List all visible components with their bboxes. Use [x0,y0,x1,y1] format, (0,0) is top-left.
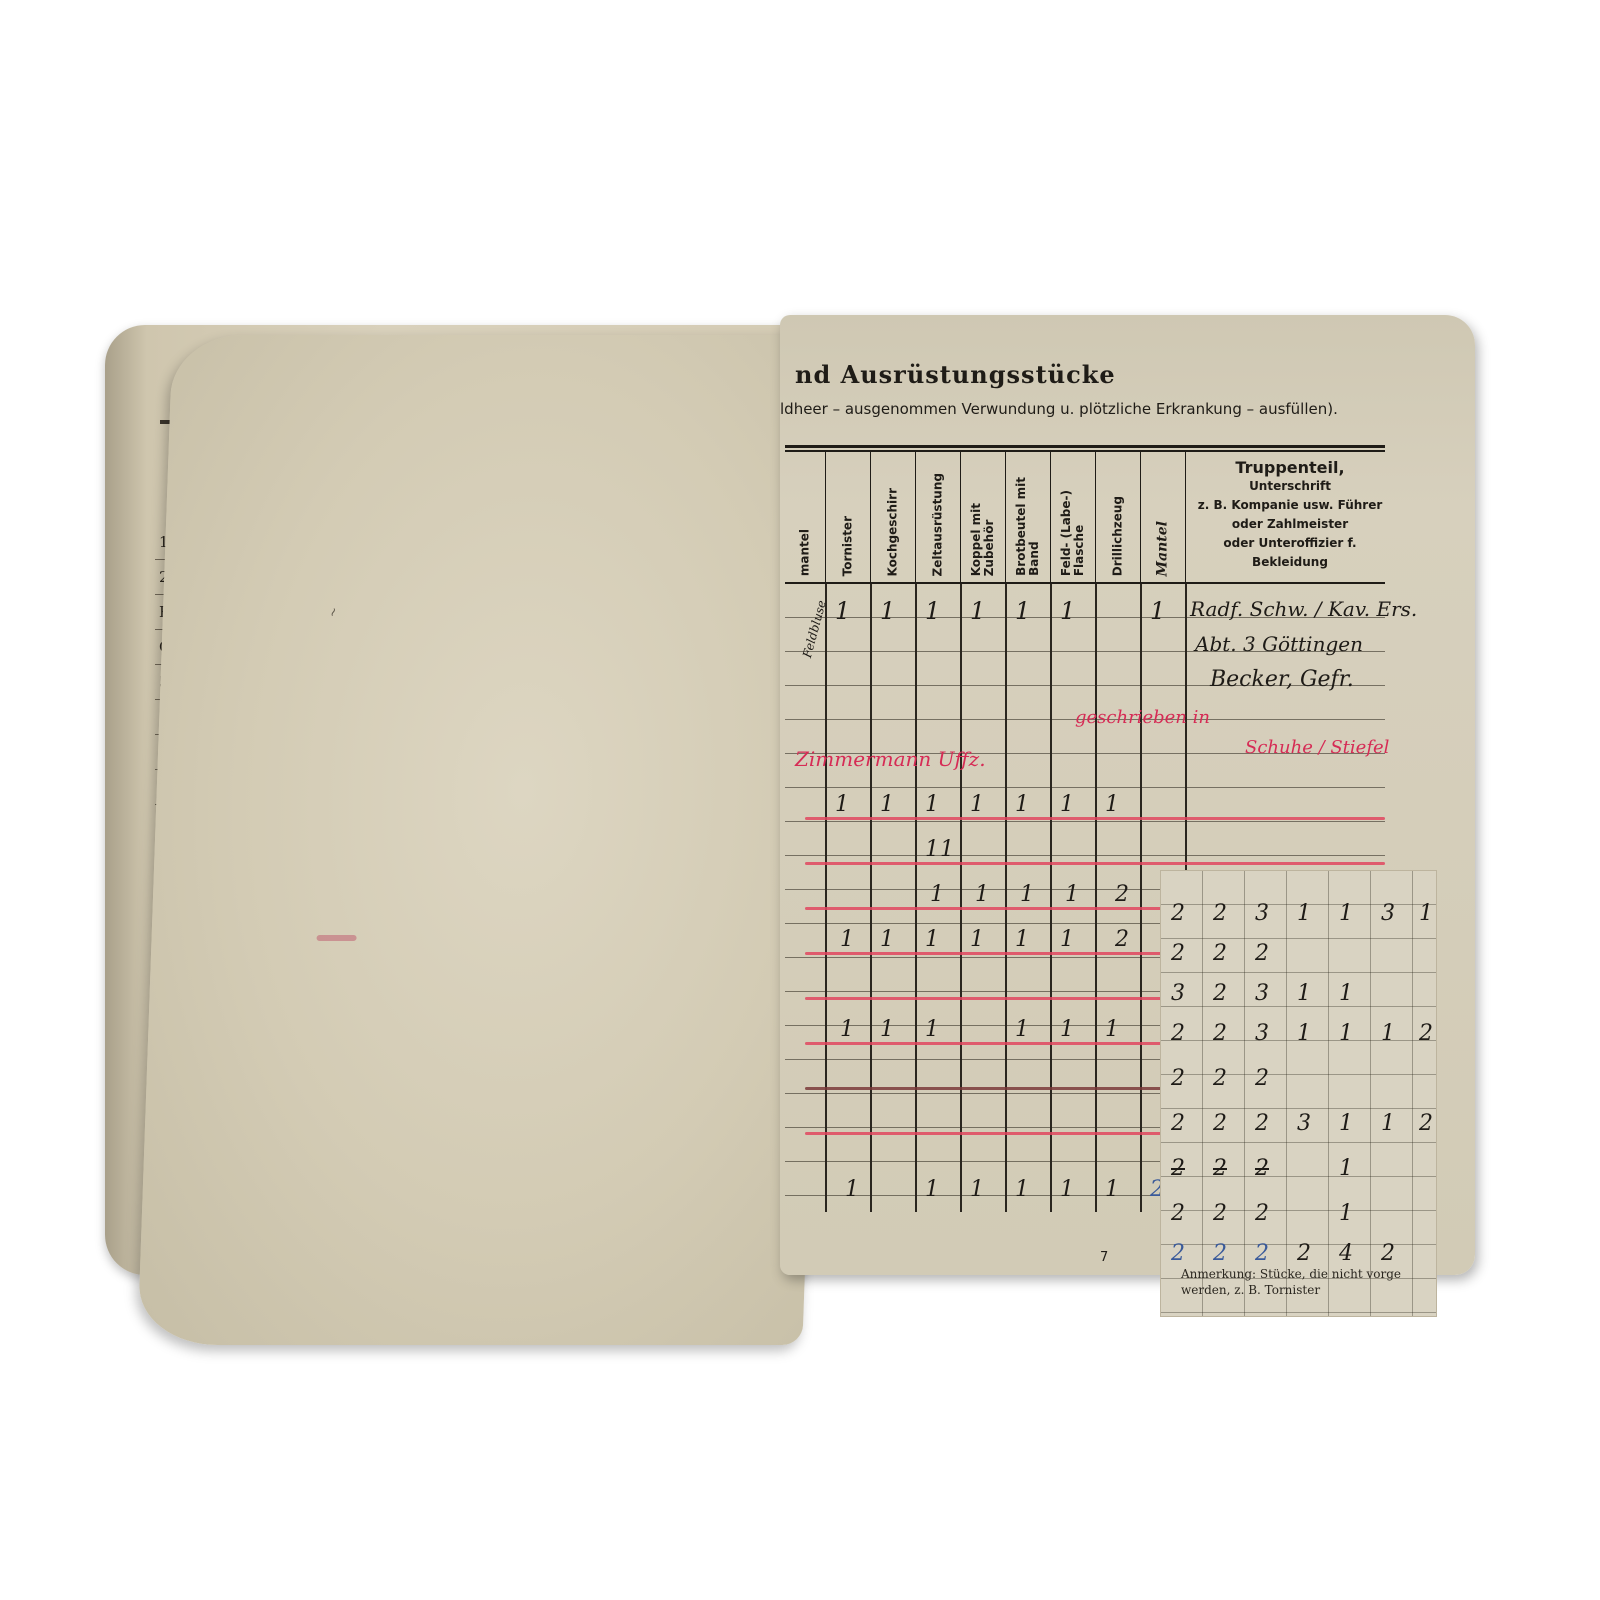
handwritten-value: 1 [970,927,984,952]
red-strike-line [805,817,1385,820]
handwritten-value: 1 [840,927,854,952]
handwritten-value: 1 [1060,1017,1074,1042]
handwritten-value: 1 [1105,1017,1119,1042]
handwritten-value: 1 [1105,1177,1119,1202]
handwritten-value: 1 [930,882,944,907]
column-divider [1050,584,1052,1212]
slip-value: 2 [1171,1111,1185,1136]
handwritten-value: 1 [1060,597,1075,625]
handwritten-value: 1 [845,1177,859,1202]
truppenteil-header: Truppenteil, Unterschrift z. B. Kompanie… [1185,458,1395,572]
slip-value: 2 [1213,1066,1227,1091]
handwritten-value: 1 [1065,882,1079,907]
handwritten-value: 1 [840,1017,854,1042]
slip-value: 2 [1213,1156,1227,1181]
handwritten-value: 1 [925,1177,939,1202]
right-page-equipment-record: nd Ausrüstungsstücke ldheer – ausgenomme… [780,315,1475,1275]
folded-blank-page[interactable]: ~ [137,335,837,1345]
signature-line: Abt. 3 Göttingen [1195,632,1363,656]
faint-mark: ~ [325,605,342,619]
slip-value: 2 [1213,1201,1227,1226]
pasted-correction-slip: 2 2 3 1 1 3 1 2 2 2 3 2 3 1 1 2 2 3 1 1 … [1160,870,1437,1317]
handwritten-value: 1 [925,792,939,817]
red-note: Schuhe / Stiefel [1245,737,1389,758]
slip-value: 2 [1419,1111,1433,1136]
slip-value: 1 [1339,1201,1353,1226]
signature-line: Becker, Gefr. [1210,667,1354,692]
slip-value: 1 [1339,901,1353,926]
slip-value: 1 [1297,1021,1311,1046]
page-number: 7 [1100,1250,1108,1265]
slip-value: 2 [1213,941,1227,966]
slip-value: 2 [1213,981,1227,1006]
column-divider [870,584,872,1212]
slip-value: 1 [1297,981,1311,1006]
handwritten-value: 1 [1015,1177,1029,1202]
slip-value: 2 [1171,901,1185,926]
column-header-mantel-handwritten: Mantel [1140,452,1186,582]
slip-value: 3 [1297,1111,1311,1136]
slip-value-blue: 2 [1171,1241,1185,1266]
slip-value: 2 [1255,941,1269,966]
handwritten-value: 2 [1115,882,1129,907]
annotation-footnote: Anmerkung: Stücke, die nicht vorge werde… [1181,1266,1401,1298]
slip-value: 1 [1381,1111,1395,1136]
column-header-drillichzeug: Drillichzeug [1095,452,1141,582]
handwritten-value: 1 [1015,1017,1029,1042]
slip-value: 2 [1255,1201,1269,1226]
column-divider [825,584,827,1212]
slip-value: 2 [1213,1111,1227,1136]
column-divider [915,584,917,1212]
slip-value: 2 [1171,1156,1185,1181]
column-header-tornister: Tornister [825,452,871,582]
slip-value: 1 [1339,1111,1353,1136]
handwritten-value: 1 [970,1177,984,1202]
handwritten-value: 1 [835,597,850,625]
slip-value: 1 [1419,901,1433,926]
handwritten-value: 1 [970,597,985,625]
handwritten-value: 1 [970,792,984,817]
handwritten-value: 1 [1060,1177,1074,1202]
handwritten-value: 2 [1115,927,1129,952]
red-ink-smudge [316,935,356,941]
handwritten-value: 1 [925,837,939,862]
column-header-koppel: Koppel mit Zubehör [960,452,1006,582]
column-header-kochgeschirr: Kochgeschirr [870,452,916,582]
handwritten-value: 1 [1015,927,1029,952]
title-rule [785,445,1385,448]
handwritten-value: 1 [940,837,954,862]
handwritten-value: 1 [880,597,895,625]
handwritten-value: 1 [880,1017,894,1042]
slip-value: 3 [1255,901,1269,926]
handwritten-value: 1 [925,1017,939,1042]
handwritten-value: 1 [975,882,989,907]
signature-line: Radf. Schw. / Kav. Ers. [1190,597,1417,621]
slip-value: 1 [1339,1156,1353,1181]
slip-value: 3 [1381,901,1395,926]
column-header-brotbeutel: Brotbeutel mit Band [1005,452,1051,582]
slip-value: 3 [1255,981,1269,1006]
slip-value: 1 [1339,1021,1353,1046]
handwritten-value: 1 [1015,597,1030,625]
page-title: nd Ausrüstungsstücke [795,360,1116,389]
handwritten-value: 1 [925,597,940,625]
column-divider [960,584,962,1212]
handwritten-value: 1 [1060,927,1074,952]
column-divider [1005,584,1007,1212]
slip-value: 3 [1171,981,1185,1006]
slip-value: 2 [1171,941,1185,966]
handwritten-value: 1 [1150,597,1165,625]
handwritten-value: 1 [880,792,894,817]
slip-value: 1 [1297,901,1311,926]
column-header-zeltausruestung: Zeltausrüstung [915,452,961,582]
red-strike-line [805,862,1385,865]
slip-value: 1 [1339,981,1353,1006]
slip-value: 2 [1171,1066,1185,1091]
slip-value-blue: 2 [1255,1241,1269,1266]
handwritten-value: 1 [1060,792,1074,817]
slip-value: 2 [1171,1021,1185,1046]
slip-value: 3 [1255,1021,1269,1046]
handwritten-value: 1 [1105,792,1119,817]
handwritten-value: 1 [835,792,849,817]
column-divider [1140,584,1142,1212]
slip-value: 2 [1213,1021,1227,1046]
slip-value: 2 [1255,1066,1269,1091]
slip-value: 4 [1339,1241,1353,1266]
column-header-mantel: mantel [785,452,826,582]
slip-value: 2 [1255,1111,1269,1136]
handwritten-value: 1 [1015,792,1029,817]
slip-value: 2 [1213,901,1227,926]
handwritten-value: 1 [925,927,939,952]
slip-value-blue: 2 [1213,1241,1227,1266]
page-subtitle: ldheer – ausgenommen Verwundung u. plötz… [780,400,1338,418]
column-header-feldflasche: Feld- (Labe-) Flasche [1050,452,1096,582]
open-soldbuch: 1 2 R Gr 5 6 7 8 Stahlhelm Tornister 1 1… [105,305,1480,1355]
slip-value: 2 [1171,1201,1185,1226]
red-note-signature: Zimmermann Uffz. [795,747,986,771]
handwritten-value: 1 [1020,882,1034,907]
slip-value: 2 [1255,1156,1269,1181]
slip-value: 2 [1297,1241,1311,1266]
red-note: geschrieben in [1075,707,1210,728]
column-divider [1095,584,1097,1212]
handwritten-value: 1 [880,927,894,952]
slip-value: 1 [1381,1021,1395,1046]
slip-value: 2 [1381,1241,1395,1266]
slip-value: 2 [1419,1021,1433,1046]
